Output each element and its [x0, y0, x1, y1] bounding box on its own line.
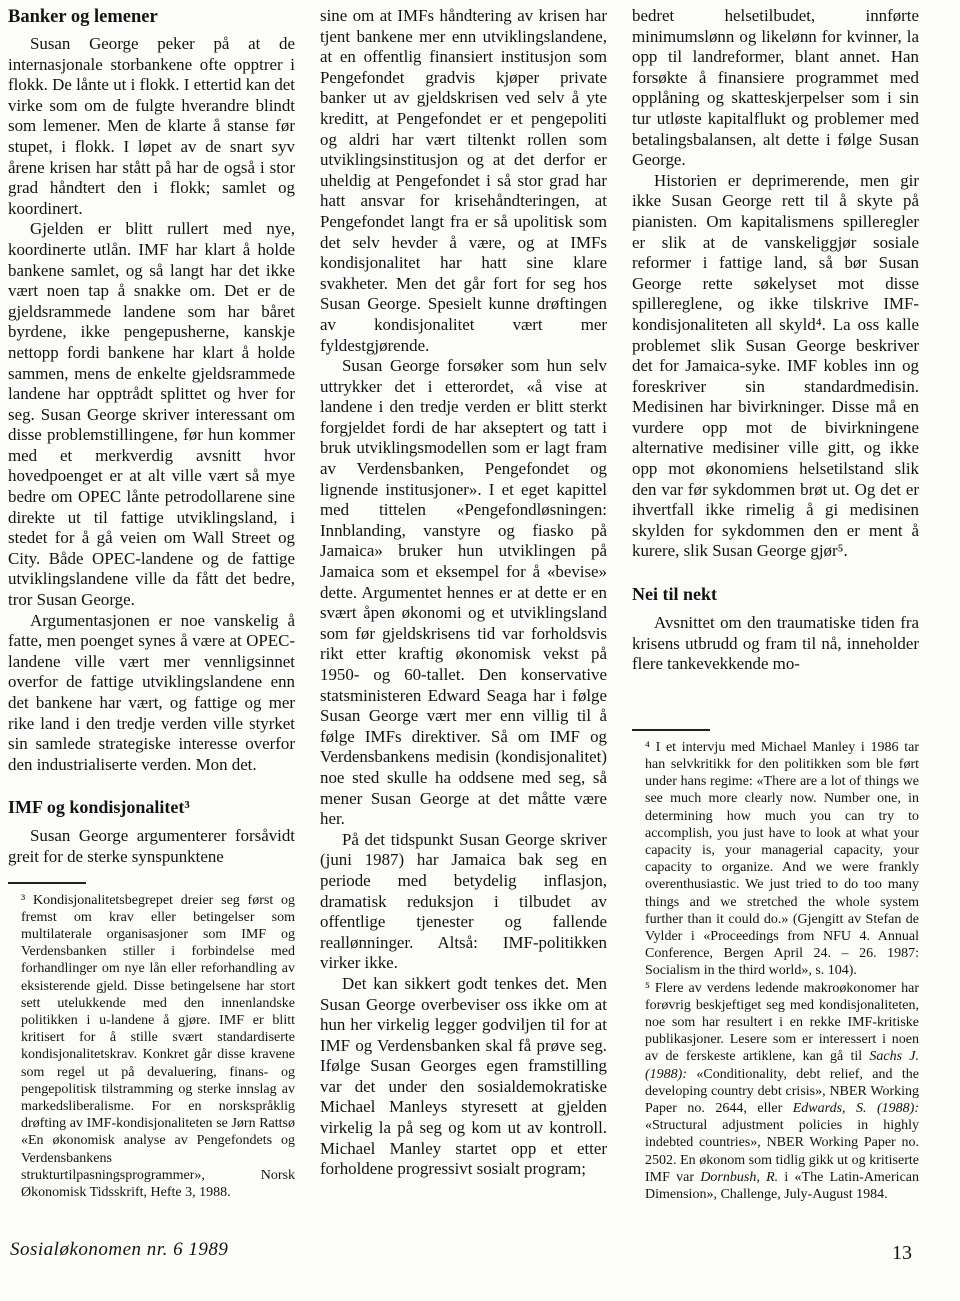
column-middle: sine om at IMFs håndtering av krisen har… [320, 6, 607, 1203]
column-whitespace [632, 675, 919, 715]
paragraph-etterordet: Susan George forsøker som hun selv uttry… [320, 356, 607, 830]
footnote-4: ⁴ I et intervju med Michael Manley i 198… [632, 739, 919, 980]
paragraph-imf-kritikk-continuation: sine om at IMFs håndtering av krisen har… [320, 6, 607, 356]
three-column-layout: Banker og lemener Susan George peker på … [0, 0, 960, 1203]
paragraph-jamaica-1987: På det tidspunkt Susan George skriver (j… [320, 830, 607, 974]
footnotes-right: ⁴ I et intervju med Michael Manley i 198… [632, 739, 919, 1203]
paragraph-lemener-3: Argumentasjonen er noe vanskelig å fatte… [8, 611, 295, 776]
page-number: 13 [892, 1242, 912, 1265]
paragraph-kondisjonalitet-intro: Susan George argumenterer forsåvidt grei… [8, 826, 295, 867]
section-heading-nei-til-nekt: Nei til nekt [632, 583, 919, 605]
journal-page: Banker og lemener Susan George peker på … [0, 0, 960, 1301]
paragraph-historien-deprimerende: Historien er deprimerende, men gir ikke … [632, 171, 919, 562]
journal-title-footer: Sosialøkonomen nr. 6 1989 [10, 1239, 228, 1261]
column-right: bedret helsetilbudet, innførte minimumsl… [632, 6, 919, 1203]
section-heading-imf-og-kondisjonalitet: IMF og kondisjonalitet³ [8, 796, 295, 818]
paragraph-manley-program-continuation: bedret helsetilbudet, innførte minimumsl… [632, 6, 919, 171]
paragraph-lemener-1: Susan George peker på at de internasjona… [8, 34, 295, 219]
footnote-5: ⁵ Flere av verdens ledende makroøkonomer… [632, 980, 919, 1204]
paragraph-avsnittet-traumatiske: Avsnittet om den traumatiske tiden fra k… [632, 613, 919, 675]
section-heading-banker-og-lemener: Banker og lemener [8, 6, 295, 28]
footnote-divider-right [632, 729, 710, 731]
footnote-3: ³ Kondisjonalitetsbegrepet dreier seg fø… [8, 892, 295, 1202]
footnote-divider-left [8, 882, 86, 884]
footnotes-left: ³ Kondisjonalitetsbegrepet dreier seg fø… [8, 892, 295, 1202]
paragraph-lemener-2: Gjelden er blitt rullert med nye, koordi… [8, 219, 295, 610]
paragraph-manley-styresett: Det kan sikkert godt tenkes det. Men Sus… [320, 974, 607, 1180]
column-left: Banker og lemener Susan George peker på … [8, 6, 295, 1203]
